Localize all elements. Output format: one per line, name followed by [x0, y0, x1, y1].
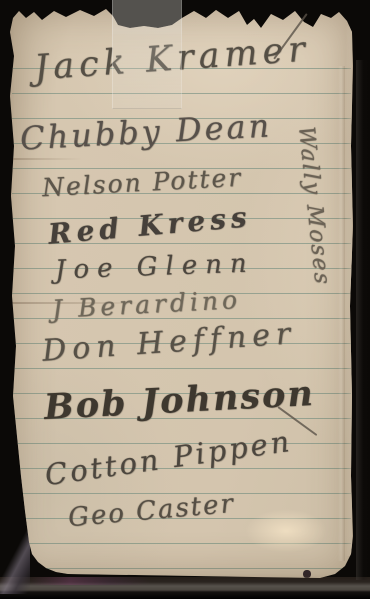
card-holder-edge [356, 60, 368, 580]
card-holder-reflection [30, 577, 150, 585]
photo-frame: Jack Kramer Chubby Dean Nelson Potter Re… [0, 0, 370, 599]
tape-strip [112, 0, 182, 109]
signature-joe-glenn: Joe Glenn [55, 251, 255, 284]
card-holder-corner [0, 528, 30, 594]
